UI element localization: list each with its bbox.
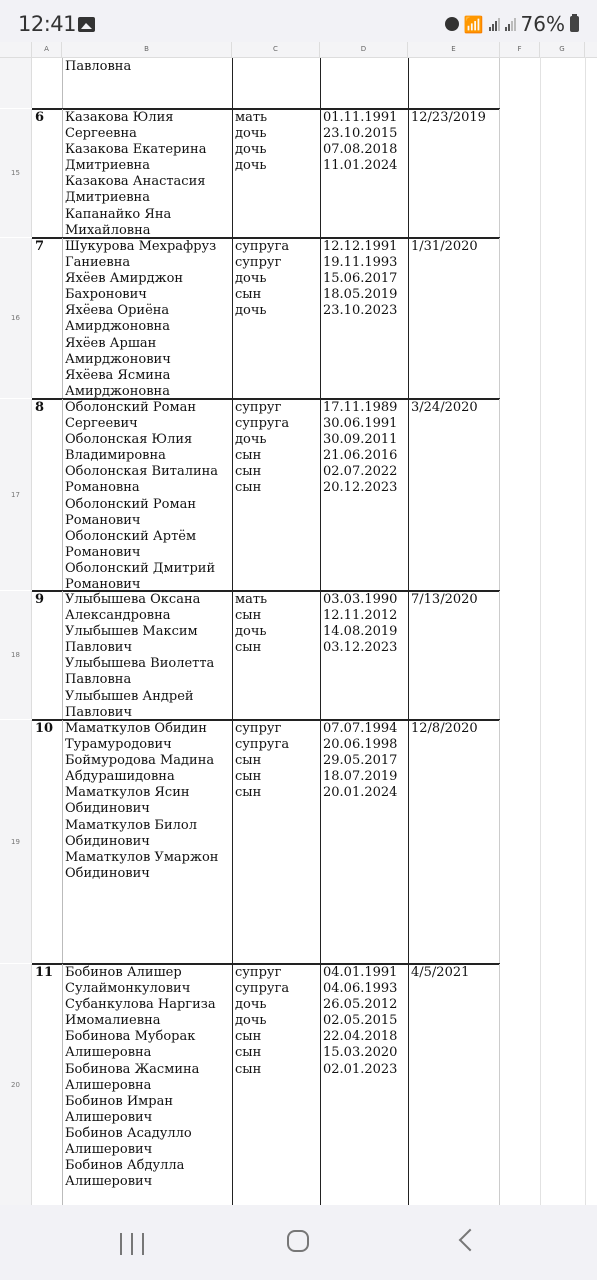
cell-number[interactable]: 10 bbox=[32, 720, 62, 963]
recent-apps-button[interactable] bbox=[120, 1233, 144, 1255]
cell-birthdates[interactable]: 01.11.1991 23.10.2015 07.08.2018 11.01.2… bbox=[320, 109, 408, 237]
cell-relations[interactable]: мать дочь дочь дочь bbox=[232, 109, 320, 237]
cell-relations[interactable]: супруга супруг дочь сын дочь bbox=[232, 238, 320, 398]
recent-apps-icon bbox=[142, 1233, 144, 1255]
gallery-icon bbox=[78, 17, 95, 32]
cell-birthdates[interactable]: 04.01.1991 04.06.1993 26.05.2012 02.05.2… bbox=[320, 964, 408, 1205]
alarm-icon bbox=[445, 17, 459, 31]
cell-names[interactable]: Бобинов Алишер Сулаймонкулович Субанкуло… bbox=[62, 964, 232, 1205]
battery-icon bbox=[570, 16, 579, 32]
cell-number[interactable]: 7 bbox=[32, 238, 62, 398]
home-button[interactable] bbox=[287, 1230, 309, 1252]
cell-birthdates[interactable]: 03.03.1990 12.11.2012 14.08.2019 03.12.2… bbox=[320, 591, 408, 719]
cell-number[interactable] bbox=[32, 58, 62, 108]
table-row: 7 Шукурова Мехрафруз Ганиевна Яхёев Амир… bbox=[32, 238, 500, 398]
cell-birthdates[interactable] bbox=[320, 58, 408, 108]
row-header[interactable]: 15 bbox=[0, 109, 32, 237]
cell-names[interactable]: Шукурова Мехрафруз Ганиевна Яхёев Амирдж… bbox=[62, 238, 232, 398]
cell-date[interactable]: 12/23/2019 bbox=[408, 109, 500, 237]
cell-date[interactable]: 4/5/2021 bbox=[408, 964, 500, 1205]
navigation-bar bbox=[0, 1205, 597, 1280]
cell-names[interactable]: Улыбышева Оксана Александровна Улыбышев … bbox=[62, 591, 232, 719]
column-header-e[interactable]: E bbox=[408, 42, 500, 57]
recent-apps-icon bbox=[131, 1233, 133, 1255]
row-header[interactable]: 19 bbox=[0, 720, 32, 963]
cell-date[interactable]: 1/31/2020 bbox=[408, 238, 500, 398]
signal-icon bbox=[489, 17, 500, 31]
cell-names[interactable]: Маматкулов Обидин Турамуродович Боймурод… bbox=[62, 720, 232, 963]
row-header[interactable]: 18 bbox=[0, 591, 32, 719]
cell-date[interactable]: 3/24/2020 bbox=[408, 399, 500, 590]
cell-relations[interactable]: супруг супруга дочь дочь сын сын сын bbox=[232, 964, 320, 1205]
column-header-f[interactable]: F bbox=[500, 42, 540, 57]
table-row: 10 Маматкулов Обидин Турамуродович Бойму… bbox=[32, 720, 500, 963]
cell-relations[interactable] bbox=[232, 58, 320, 108]
column-header-c[interactable]: C bbox=[232, 42, 320, 57]
cell-names[interactable]: Оболонский Роман Сергеевич Оболонская Юл… bbox=[62, 399, 232, 590]
cell-date[interactable]: 7/13/2020 bbox=[408, 591, 500, 719]
cell-relations[interactable]: мать сын дочь сын bbox=[232, 591, 320, 719]
cell-birthdates[interactable]: 12.12.1991 19.11.1993 15.06.2017 18.05.2… bbox=[320, 238, 408, 398]
cell-number[interactable]: 9 bbox=[32, 591, 62, 719]
grid-line bbox=[585, 57, 586, 1205]
recent-apps-icon bbox=[120, 1233, 122, 1255]
cell-date[interactable]: 12/8/2020 bbox=[408, 720, 500, 963]
cell-date[interactable] bbox=[408, 58, 500, 108]
spreadsheet[interactable]: A B C D E F G Павловна 15 6 Казакова Юли… bbox=[0, 42, 597, 1205]
column-header-g[interactable]: G bbox=[540, 42, 585, 57]
column-header-d[interactable]: D bbox=[320, 42, 408, 57]
table-row: 9 Улыбышева Оксана Александровна Улыбыше… bbox=[32, 591, 500, 719]
wifi-icon: 📶 bbox=[464, 15, 484, 34]
cell-names[interactable]: Павловна bbox=[62, 58, 232, 108]
corner-cell[interactable] bbox=[0, 42, 32, 57]
column-header-b[interactable]: B bbox=[62, 42, 232, 57]
cell-relations[interactable]: супруг супруга сын сын сын bbox=[232, 720, 320, 963]
table-row: 6 Казакова Юлия Сергеевна Казакова Екате… bbox=[32, 109, 500, 237]
row-header[interactable]: 20 bbox=[0, 964, 32, 1205]
grid-line bbox=[540, 57, 541, 1205]
row-header[interactable]: 16 bbox=[0, 238, 32, 398]
signal-icon bbox=[505, 17, 516, 31]
cell-relations[interactable]: супруг супруга дочь сын сын сын bbox=[232, 399, 320, 590]
battery-percent: 76% bbox=[521, 12, 565, 36]
cell-number[interactable]: 11 bbox=[32, 964, 62, 1205]
table-row: Павловна bbox=[32, 58, 500, 108]
row-header[interactable] bbox=[0, 58, 32, 108]
status-bar: 12:41 📶 76% bbox=[0, 0, 597, 42]
cell-names[interactable]: Казакова Юлия Сергеевна Казакова Екатери… bbox=[62, 109, 232, 237]
column-headers: A B C D E F G bbox=[0, 42, 597, 58]
table-row: 11 Бобинов Алишер Сулаймонкулович Субанк… bbox=[32, 964, 500, 1205]
clock: 12:41 bbox=[18, 12, 76, 36]
back-button[interactable] bbox=[459, 1229, 482, 1252]
row-header[interactable]: 17 bbox=[0, 399, 32, 590]
column-header-a[interactable]: A bbox=[32, 42, 62, 57]
cell-birthdates[interactable]: 17.11.1989 30.06.1991 30.09.2011 21.06.2… bbox=[320, 399, 408, 590]
cell-number[interactable]: 8 bbox=[32, 399, 62, 590]
cell-number[interactable]: 6 bbox=[32, 109, 62, 237]
table-row: 8 Оболонский Роман Сергеевич Оболонская … bbox=[32, 399, 500, 590]
cell-birthdates[interactable]: 07.07.1994 20.06.1998 29.05.2017 18.07.2… bbox=[320, 720, 408, 963]
